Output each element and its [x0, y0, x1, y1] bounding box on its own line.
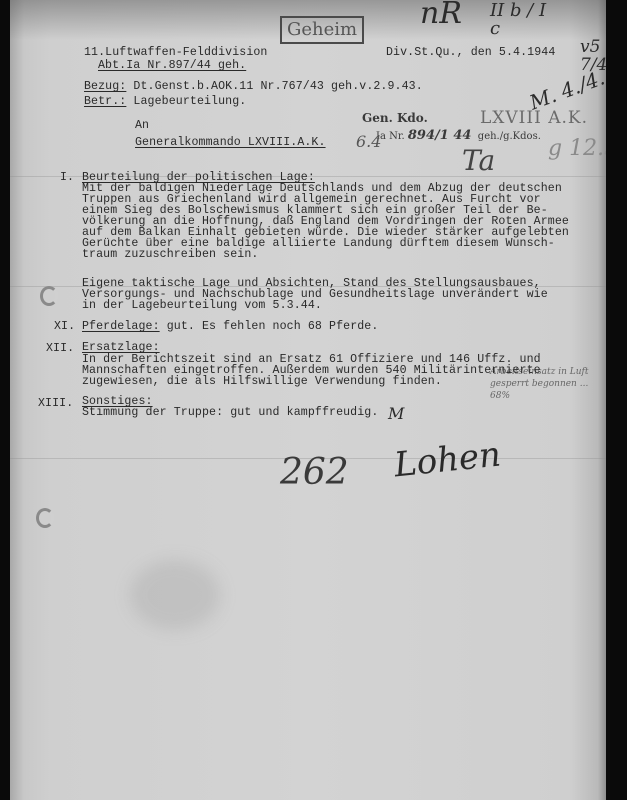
recipient: Generalkommando LXVIII.A.K. — [135, 137, 326, 148]
section-inline-text: gut. Es fehlen noch 68 Pferde. — [160, 320, 379, 333]
section-numeral: I. — [60, 172, 74, 183]
place-date: Div.St.Qu., den 5.4.1944 — [386, 47, 555, 58]
punch-hole-icon — [40, 286, 58, 306]
betreff-line: Betr.: Lagebeurteilung. — [84, 96, 246, 107]
document-page: Geheim 11.Luftwaffen-Felddivision Abt.Ia… — [10, 0, 606, 800]
section-line: traum zuzuschreiben sein. — [82, 249, 258, 260]
received-stamp-title: Gen. Kdo. — [362, 111, 428, 125]
section-title: Pferdelage: — [82, 320, 160, 333]
reference-number: Abt.Ia Nr.897/44 geh. — [84, 60, 246, 71]
handwritten-ta: Ta — [462, 144, 495, 177]
handwritten-paraph: M — [388, 404, 404, 423]
section-numeral: XIII. — [38, 398, 73, 409]
betreff-label: Betr.: — [84, 95, 126, 108]
secret-stamp: Geheim — [280, 16, 364, 44]
section-line: Stimmung der Truppe: gut und kampffreudi… — [82, 407, 378, 418]
received-stamp-number: 894/1 44 — [408, 128, 472, 143]
section-numeral: XII. — [46, 343, 74, 354]
section-numeral: XI. — [54, 321, 75, 332]
betreff-value: Lagebeurteilung. — [133, 95, 246, 108]
handwritten-initials: nR — [420, 0, 462, 31]
received-stamp-suffix: geh./g.Kdos. — [478, 131, 541, 142]
section-xi-line: Pferdelage: gut. Es fehlen noch 68 Pferd… — [82, 321, 378, 332]
handwritten-page-number: 262 — [280, 452, 349, 493]
unit-name: 11.Luftwaffen-Felddivision — [84, 47, 268, 58]
handwritten-fraction: II b / I c — [490, 2, 550, 38]
punch-hole-icon — [36, 508, 54, 528]
received-stamp-number-line: Ia Nr. 894/1 44 geh./g.Kdos. — [376, 128, 541, 143]
section-line: in der Lagebeurteilung vom 5.3.44. — [82, 300, 322, 311]
handwritten-left-mark: 6.4 — [356, 132, 381, 151]
signature: Lohen — [392, 435, 503, 486]
bezug-line: Bezug: Dt.Genst.b.AOK.11 Nr.767/43 geh.v… — [84, 81, 423, 92]
addressee-prefix: An — [135, 120, 149, 131]
paper-stain — [130, 560, 220, 630]
section-line: zugewiesen, die als Hilfswillige Verwend… — [82, 376, 442, 387]
section-title: Ersatzlage: — [82, 342, 160, 353]
bezug-value: Dt.Genst.b.AOK.11 Nr.767/43 geh.v.2.9.43… — [133, 80, 422, 93]
handwritten-g-mark: g 12.5 — [548, 136, 606, 161]
bezug-label: Bezug: — [84, 80, 126, 93]
